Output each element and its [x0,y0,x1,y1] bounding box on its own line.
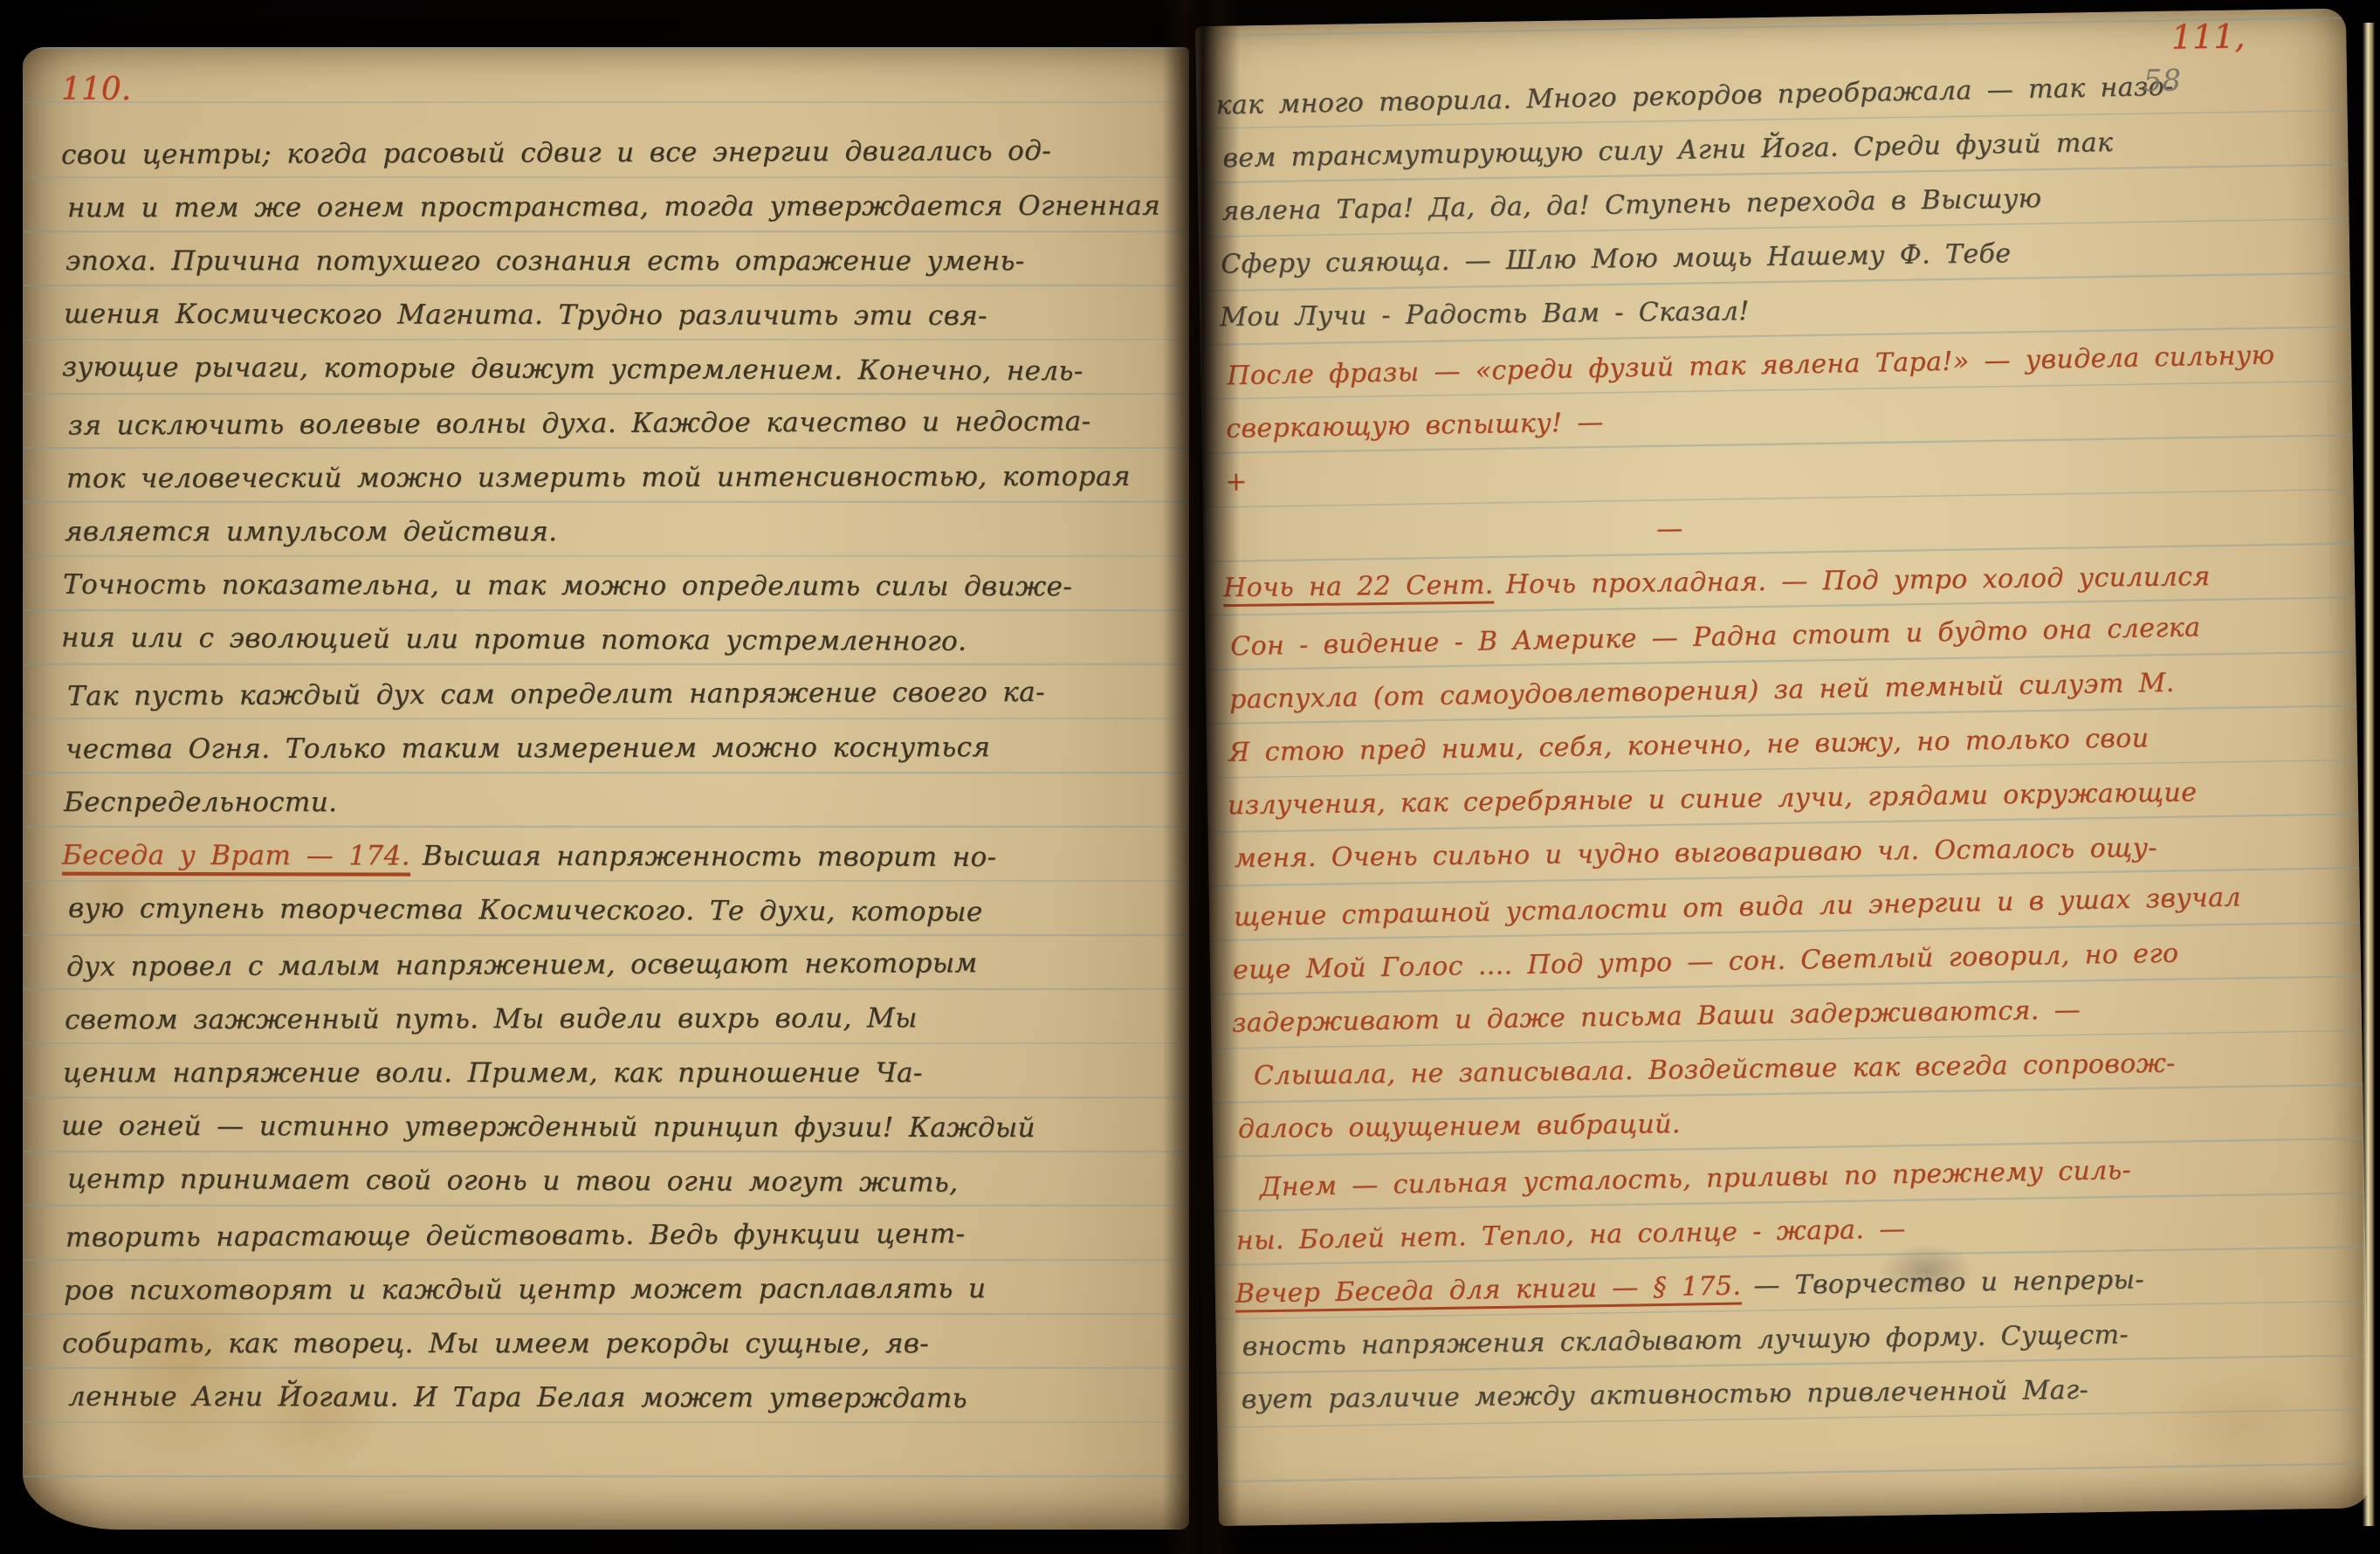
line-text: ним и тем же огнем пространства, тогда у… [67,190,1160,224]
line-text: вует различие между активностью привлече… [1242,1375,2089,1415]
handwritten-line: является импульсом действия. [65,505,1166,559]
line-text: шения Космического Магнита. Трудно разли… [64,299,987,332]
entry-heading: Вечер Беседа для книги — § 175. [1235,1271,1742,1313]
line-text: творить нарастающе действовать. Ведь фун… [65,1218,965,1253]
handwritten-line: чества Огня. Только таким измерением мож… [65,720,1167,777]
line-text: ния или с эволюцией или против потока ус… [61,622,967,657]
line-text: — [1656,513,1683,544]
line-text: далось ощущением вибраций. [1238,1109,1681,1145]
handwritten-line: ния или с эволюцией или против потока ус… [61,610,1163,669]
handwritten-line: Так пусть каждый дух сам определит напря… [67,664,1169,723]
line-text: задерживают и даже письма Ваши задержива… [1232,994,2081,1038]
entry-heading: Ночь на 22 Сент. [1223,570,1494,608]
line-text: вем трансмутирующую силу Агни Йога. Сред… [1222,127,2113,174]
handwritten-line: ленные Агни Йогами. И Тара Белая может у… [68,1370,1170,1427]
line-text: Беспредельности. [64,787,337,818]
left-page-number: 110. [61,72,131,107]
entry-heading: Беседа у Врат — 174. [62,840,410,876]
handwritten-line: светом зажженный путь. Мы видели вихрь в… [65,991,1166,1048]
handwritten-line: эпоха. Причина потухшего сознания есть о… [65,234,1167,288]
left-page: 110. свои центры; когда расовый сдвиг и … [23,47,1189,1530]
line-text: чества Огня. Только таким измерением мож… [65,732,990,765]
handwritten-line: ценим напряжение воли. Примем, как прино… [63,1046,1165,1100]
line-text: меня. Очень сильно и чудно выговариваю ч… [1235,833,2157,874]
line-text: свои центры; когда расовый сдвиг и все э… [61,135,1051,171]
line-text: вую ступень творчества Космического. Те … [68,892,983,927]
handwritten-line: ше огней — истинно утвержденный принцип … [61,1099,1163,1156]
right-page-text: как много творила. Много рекордов преобр… [1215,59,2356,1430]
handwritten-line: творить нарастающе действовать. Ведь фун… [65,1206,1167,1264]
line-text: Слышала, не записывала. Воздействие как … [1254,1049,2176,1091]
right-page: 111, 58 как много творила. Много рекордо… [1195,9,2370,1526]
handwritten-line: вую ступень творчества Космического. Те … [68,881,1170,939]
notebook-photo: 110. свои центры; когда расовый сдвиг и … [0,0,2380,1554]
handwritten-line: шения Космического Магнита. Трудно разли… [64,287,1166,344]
handwritten-line: свои центры; когда расовый сдвиг и все э… [61,123,1163,182]
handwritten-line: Беседа у Врат — 174.Высшая напряженность… [62,829,1164,885]
line-text: — Творчество и непреры- [1753,1264,2144,1301]
line-text: ше огней — истинно утвержденный принцип … [61,1110,1035,1144]
line-text: собирать, как творец. Мы имеем рекорды с… [62,1328,929,1359]
line-text: распухла (от самоудовлетворения) за ней … [1229,668,2175,715]
line-text: Днем — сильная усталость, приливы по пре… [1260,1155,2132,1203]
left-page-text: свои центры; когда расовый сдвиг и все э… [61,126,1163,1425]
handwritten-line: ток человеческий можно измерить той инте… [66,450,1168,506]
line-text: Ночь прохладная. — Под утро холод усилил… [1505,561,2210,600]
handwritten-line: Точность показательна, и так можно опред… [63,558,1165,615]
line-text: еще Мой Голос .... Под утро — сон. Светл… [1233,939,2179,986]
line-text: Высшая напряженность творит но- [423,841,997,873]
line-text: щение страшной усталости от вида ли энер… [1234,882,2241,932]
page-edge-highlight [2363,23,2375,1526]
handwritten-line: зующие рычаги, которые движут устремлени… [62,340,1164,398]
handwritten-line: Беспредельности. [64,775,1166,829]
page-gutter [1163,0,1240,1554]
handwritten-line: собирать, как творец. Мы имеем рекорды с… [62,1317,1164,1371]
line-text: как много творила. Много рекордов преобр… [1215,72,2174,121]
handwritten-line: дух провел с малым напряжением, освещают… [66,935,1168,994]
line-text: ны. Болей нет. Тепло, на солнце - жара. … [1236,1214,1906,1256]
handwritten-line: центр принимает свой огонь и твои огни м… [67,1152,1169,1210]
line-text: светом зажженный путь. Мы видели вихрь в… [65,1002,918,1035]
line-text: После фразы — «среди фузий так явлена Та… [1227,340,2275,391]
handwritten-line: ним и тем же огнем пространства, тогда у… [67,179,1169,236]
handwritten-line: зя исключить волевые волны духа. Каждое … [68,394,1170,452]
line-text: ценим напряжение воли. Примем, как прино… [63,1057,923,1089]
line-text: является импульсом действия. [65,516,557,547]
line-text: Так пусть каждый дух сам определит напря… [67,677,1045,712]
line-text: ров психотворят и каждый центр может рас… [64,1273,986,1306]
line-text: вность напряжения складывают лучшую форм… [1242,1319,2129,1362]
line-text: ленные Агни Йогами. И Тара Белая может у… [68,1381,967,1414]
line-text: ток человеческий можно измерить той инте… [66,461,1131,495]
pencil-archive-number: 58 [2143,63,2182,99]
line-text: центр принимает свой огонь и твои огни м… [67,1163,959,1198]
line-text: Сон - видение - В Америке — Радна стоит … [1230,612,2201,662]
line-text: Мои Лучи - Радость Вам - Сказал! [1220,296,1750,333]
line-text: сверкающую вспышку! — [1226,407,1604,444]
line-text: дух провел с малым напряжением, освещают… [66,947,978,982]
line-text: Точность показательна, и так можно опред… [63,569,1072,602]
line-text: зя исключить волевые волны духа. Каждое … [68,406,1091,442]
line-text: явлена Тара! Да, да, да! Ступень переход… [1221,183,2042,227]
line-text: эпоха. Причина потухшего сознания есть о… [65,245,1025,277]
right-page-number: 111, [2170,17,2245,56]
line-text: излучения, как серебряные и синие лучи, … [1228,777,2198,821]
line-text: Сферу сияюща. — Шлю Мою мощь Нашему Ф. Т… [1221,238,2012,279]
line-text: зующие рычаги, которые движут устремлени… [62,351,1083,387]
line-text: Я стою пред ними, себя, конечно, не вижу… [1228,723,2150,768]
handwritten-line: ров психотворят и каждый центр может рас… [64,1262,1166,1318]
